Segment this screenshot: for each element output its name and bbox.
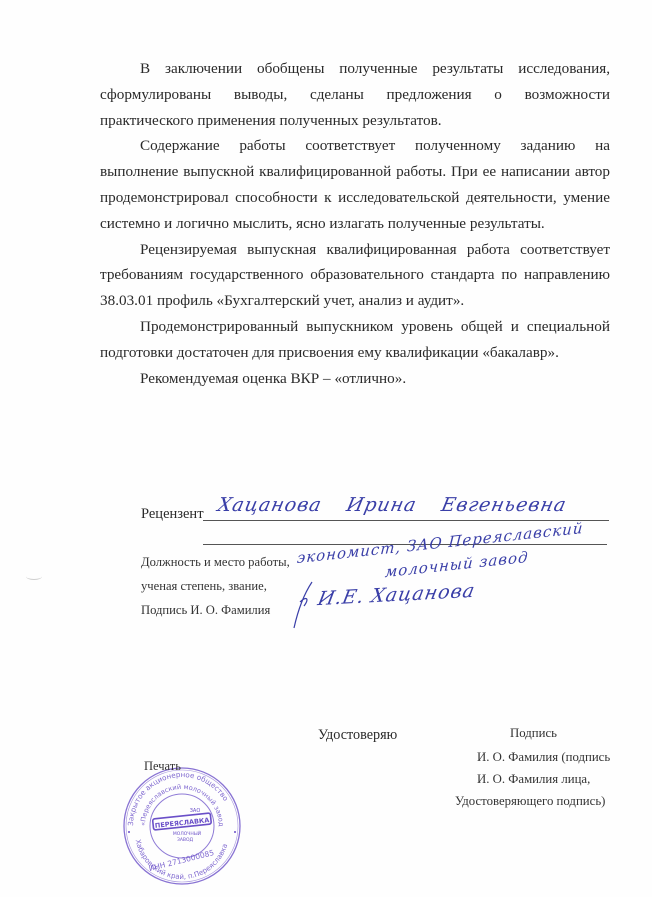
svg-text:ЗАО: ЗАО	[190, 808, 201, 814]
paragraph-qualification: Продемонстрированный выпускником уровень…	[100, 314, 610, 366]
certifier-name-line-1: И. О. Фамилия (подпись	[477, 750, 610, 765]
position-label: Должность и место работы,	[141, 555, 290, 570]
stamp-label: Печать	[144, 759, 181, 774]
svg-text:ЗАВОД: ЗАВОД	[177, 837, 194, 843]
paragraph-conclusion: В заключении обобщены полученные результ…	[100, 56, 610, 133]
signature-label: Подпись	[510, 726, 557, 741]
paragraph-content-compliance: Содержание работы соответствует полученн…	[100, 133, 610, 236]
certify-label: Удостоверяю	[318, 727, 397, 744]
reviewer-signature-handwritten: И.Е. Хацанова	[316, 580, 477, 610]
signature-name-label: Подпись И. О. Фамилия	[141, 603, 270, 618]
review-body: В заключении обобщены полученные результ…	[100, 56, 610, 391]
certifier-name-line-2: И. О. Фамилия лица,	[477, 772, 590, 787]
document-page: В заключении обобщены полученные результ…	[0, 0, 652, 897]
paragraph-grade: Рекомендуемая оценка ВКР – «отлично».	[100, 366, 610, 392]
svg-text:МОЛОЧНЫЙ: МОЛОЧНЫЙ	[173, 830, 201, 837]
reviewer-label: Рецензент	[141, 506, 204, 523]
scan-artifact	[26, 573, 42, 580]
signature-flourish-icon	[290, 580, 320, 630]
company-stamp-icon: Закрытое акционерное общество «Переяслав…	[117, 762, 247, 887]
reviewer-name-handwritten: Хацанова Ирина Евгеньевна	[216, 494, 569, 516]
paragraph-standard-compliance: Рецензируемая выпускная квалифицированна…	[100, 237, 610, 314]
reviewer-name-line	[203, 520, 609, 521]
certifier-name-line-3: Удостоверяющего подпись)	[455, 794, 605, 809]
degree-label: ученая степень, звание,	[141, 579, 267, 594]
